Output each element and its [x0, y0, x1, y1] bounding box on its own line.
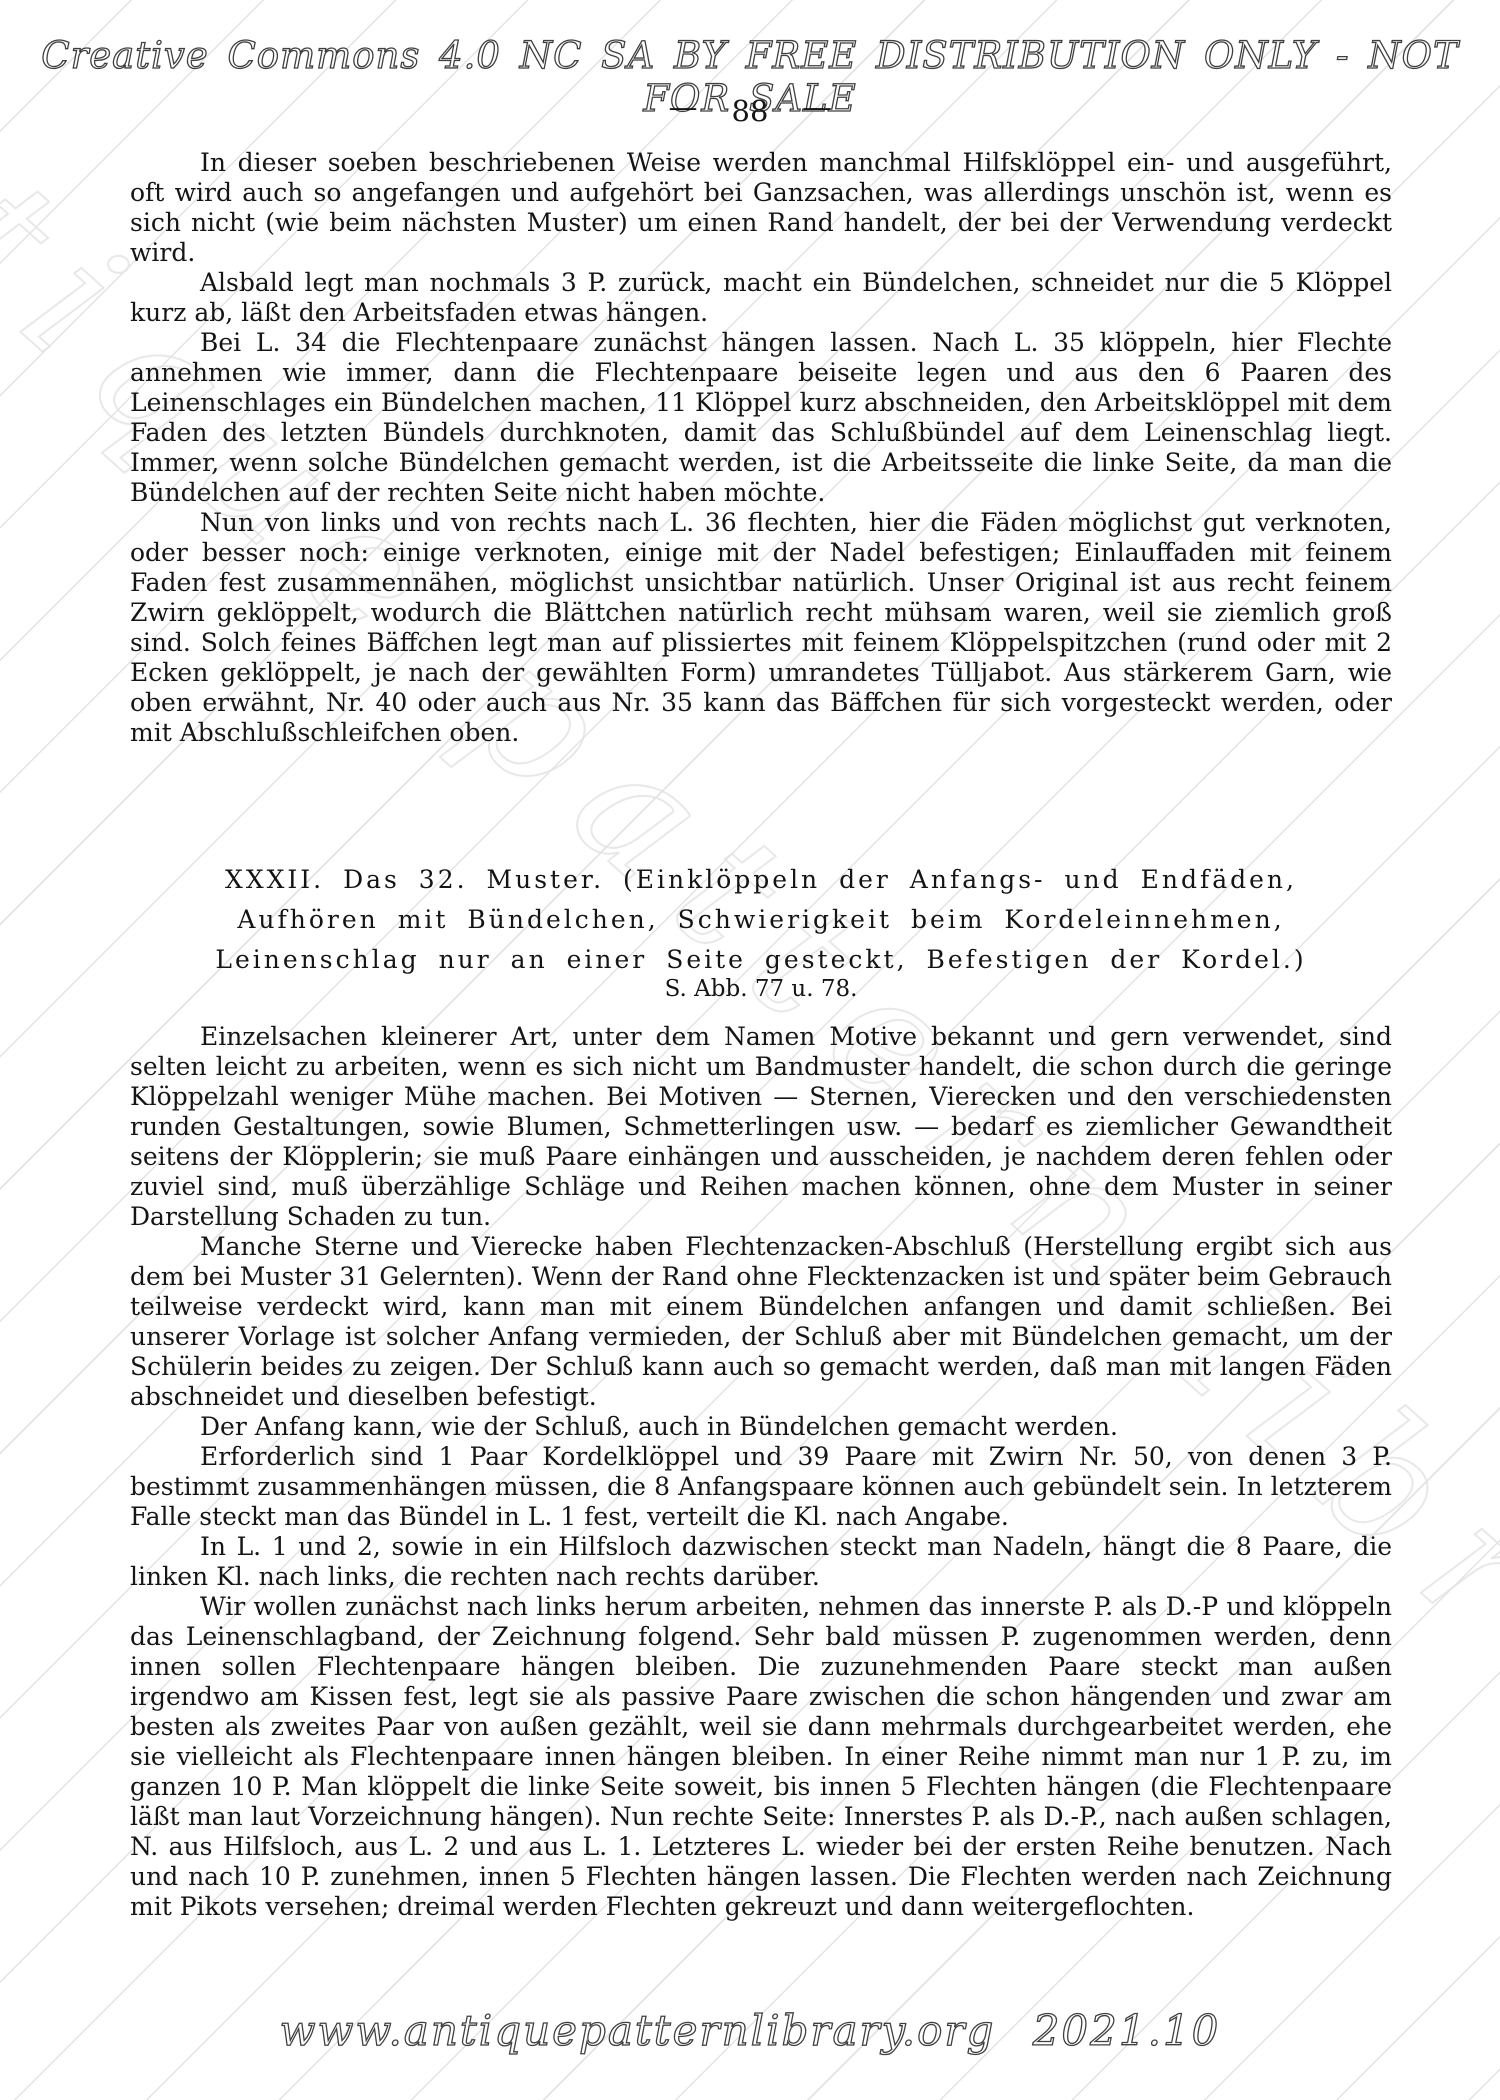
page-number-value: 88 [732, 94, 769, 128]
body-paragraph: Nun von links und von rechts nach L. 36 … [130, 508, 1392, 748]
section-heading-line: Leinenschlag nur an einer Seite gesteckt… [130, 940, 1392, 980]
figure-reference: S. Abb. 77 u. 78. [130, 976, 1392, 1002]
body-paragraph: Einzelsachen kleinerer Art, unter dem Na… [130, 1022, 1392, 1232]
body-paragraph: Erforderlich sind 1 Paar Kordelklöppel u… [130, 1442, 1392, 1532]
body-paragraph: Bei L. 34 die Flechtenpaare zunächst hän… [130, 328, 1392, 508]
section-heading-line: XXXII. Das 32. Muster. (Einklöppeln der … [130, 860, 1392, 900]
body-paragraph: In dieser soeben beschriebenen Weise wer… [130, 148, 1392, 268]
page-number-dash: — [669, 90, 698, 124]
page-number-dash: — [802, 90, 831, 124]
body-paragraph: Der Anfang kann, wie der Schluß, auch in… [130, 1412, 1392, 1442]
body-paragraph: Alsbald legt man nochmals 3 P. zurück, m… [130, 268, 1392, 328]
page-number: —88— [0, 94, 1500, 128]
section-heading-line: Aufhören mit Bündelchen, Schwierigkeit b… [130, 900, 1392, 940]
body-paragraph: Manche Sterne und Vierecke haben Flechte… [130, 1232, 1392, 1412]
body-text-block-1: In dieser soeben beschriebenen Weise wer… [130, 148, 1392, 748]
body-paragraph: In L. 1 und 2, sowie in ein Hilfsloch da… [130, 1532, 1392, 1592]
scanned-book-page: Antique pattern library Creative Commons… [0, 0, 1500, 2100]
body-text-block-2: Einzelsachen kleinerer Art, unter dem Na… [130, 1022, 1392, 1922]
body-paragraph: Wir wollen zunächst nach links herum arb… [130, 1592, 1392, 1922]
footer-watermark: www.antiquepatternlibrary.org 2021.10 [0, 2006, 1500, 2055]
section-heading: XXXII. Das 32. Muster. (Einklöppeln der … [130, 860, 1392, 980]
